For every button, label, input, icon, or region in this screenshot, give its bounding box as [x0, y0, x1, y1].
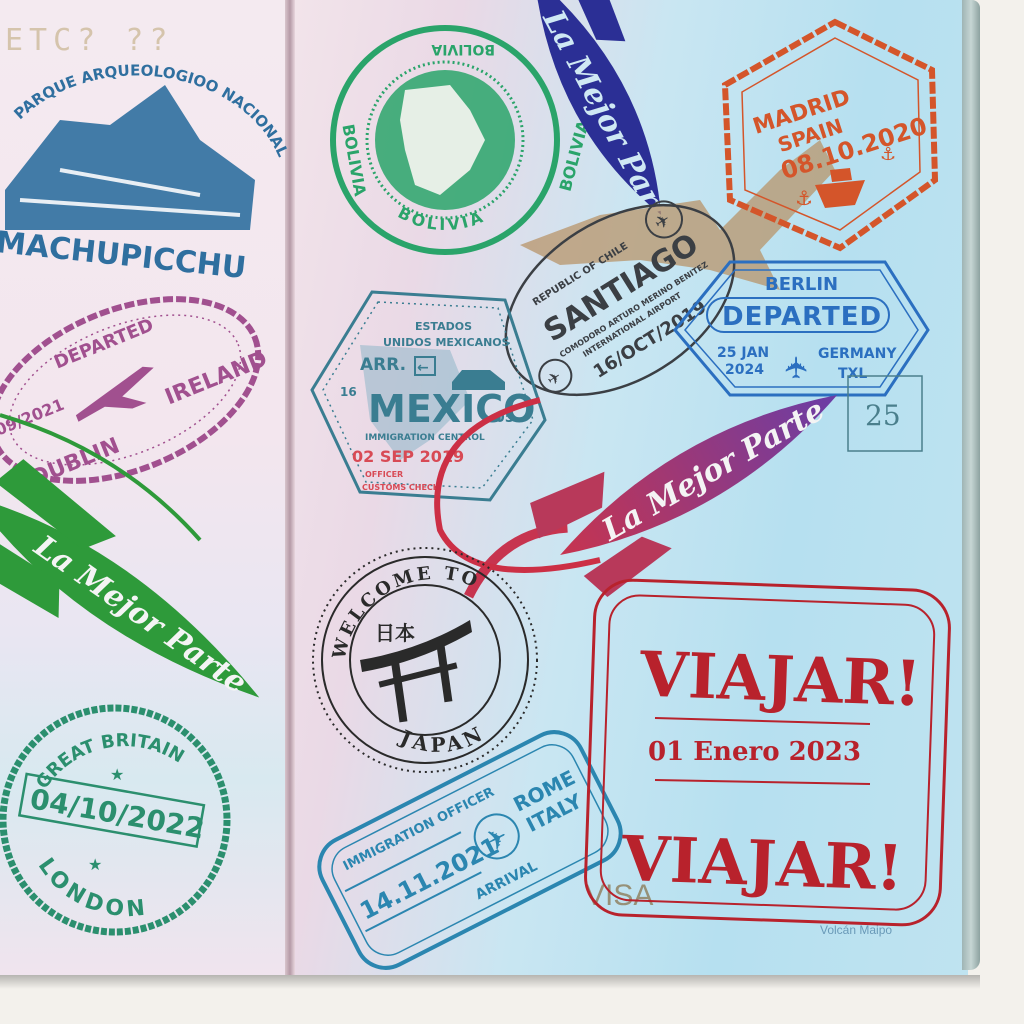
svg-text:GERMANY: GERMANY	[818, 346, 897, 362]
stamp-viajar: VIAJAR! 01 Enero 2023 VIAJAR!	[584, 579, 950, 926]
svg-text:La Mejor Parte: La Mejor Parte	[27, 528, 253, 701]
stamp-japan: WELCOME TO 日本 JAPAN	[313, 548, 537, 772]
svg-text:BOLIVIA: BOLIVIA	[431, 41, 495, 57]
svg-text:OFFICER: OFFICER	[365, 470, 403, 479]
anchor-icon: ⚓	[880, 144, 896, 165]
svg-text:DEPARTED: DEPARTED	[51, 315, 156, 374]
svg-text:★: ★	[88, 855, 102, 874]
svg-text:ETC? ??: ETC? ??	[5, 23, 173, 58]
svg-text:★: ★	[110, 765, 124, 784]
svg-text:JAPAN: JAPAN	[395, 720, 489, 757]
stamp-mexico: ESTADOS UNIDOS MEXICANOS ARR. ← 16 MEXIC…	[312, 292, 545, 500]
svg-text:MACHUPICCHU: MACHUPICCHU	[0, 225, 248, 286]
stamp-madrid: MADRID SPAIN 08.10.2020 ⚓ ⚓	[725, 22, 935, 248]
svg-text:25: 25	[865, 399, 901, 432]
svg-text:DEPARTED: DEPARTED	[722, 302, 882, 332]
svg-text:TXL: TXL	[838, 366, 867, 382]
svg-text:04/10/2022: 04/10/2022	[28, 782, 207, 845]
svg-text:VIAJAR!: VIAJAR!	[638, 638, 923, 721]
svg-text:16: 16	[340, 385, 357, 399]
svg-text:La Mejor Parte: La Mejor Parte	[596, 393, 831, 549]
stamp-rome: IMMIGRATION OFFICER 14.11.2021 ✈ ROME IT…	[309, 722, 631, 978]
svg-text:CUSTOMS CHECK: CUSTOMS CHECK	[362, 483, 440, 492]
airplane-icon: ✈	[780, 355, 815, 380]
airplane-icon: ✈	[543, 367, 564, 390]
svg-text:UNIDOS MEXICANOS: UNIDOS MEXICANOS	[383, 336, 510, 349]
svg-text:日本: 日本	[375, 621, 415, 645]
svg-text:01 Enero 2023: 01 Enero 2023	[648, 737, 861, 767]
svg-text:ARR.: ARR.	[360, 355, 406, 375]
svg-text:2024: 2024	[725, 362, 764, 378]
stamp-london: GREAT BRITAIN ★ 04/10/2022 ★ LONDON	[3, 708, 227, 932]
stamp-berlin: BERLIN DEPARTED 25 JAN 2024 ✈ GERMANY TX…	[675, 262, 928, 395]
svg-text:25 JAN: 25 JAN	[717, 345, 769, 361]
anchor-icon: ⚓	[795, 186, 813, 210]
brand-stamp-green: La Mejor Parte	[0, 448, 294, 747]
airplane-icon	[68, 363, 165, 429]
arrow-left-icon: ←	[417, 360, 429, 376]
svg-text:ESTADOS: ESTADOS	[415, 320, 472, 333]
page-header-marks: ETC? ??	[5, 23, 173, 58]
svg-text:VIAJAR!: VIAJAR!	[620, 822, 905, 905]
svg-text:WELCOME TO: WELCOME TO	[329, 563, 483, 662]
svg-text:BERLIN: BERLIN	[765, 274, 838, 295]
stamps-layer: ETC? ?? PARQUE ARQUEOLOGIOO NACIONAL DE …	[0, 0, 1024, 1024]
